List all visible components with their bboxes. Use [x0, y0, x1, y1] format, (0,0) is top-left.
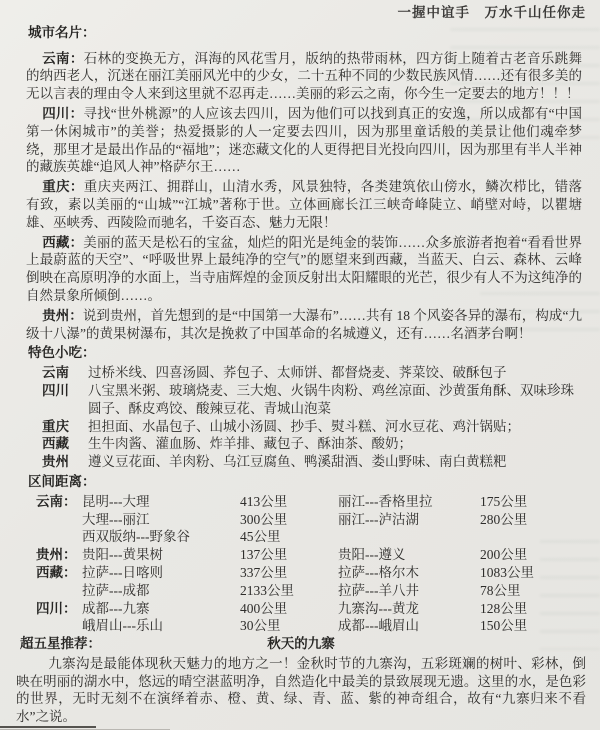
scanned-document-page: 一握中谊手 万水千山任你走 城市名片： 云南：石林的变换无方，洱海的风花雪月，版…: [0, 0, 600, 730]
distance-value: 175公里: [480, 493, 590, 511]
distance-route: 成都---峨眉山: [338, 617, 480, 635]
distance-route: 贵阳---遵义: [338, 546, 480, 564]
distance-row: 西藏： 拉萨---日喀则 337公里 拉萨---格尔木 1083公里: [36, 564, 590, 582]
distance-route: 拉萨---格尔木: [338, 564, 480, 582]
distance-value: [480, 528, 590, 546]
city-text-tibet: 美丽的蓝天是松石的宝盆，灿烂的阳光是纯金的装饰……众多旅游者抱着“看看世界上最蔚…: [26, 235, 582, 303]
distance-value: 413公里: [240, 493, 338, 511]
scan-edge-mark: [0, 726, 96, 728]
recommendation-body: 九寨沟是最能体现秋天魅力的地方之一！金秋时节的九寨沟，五彩斑斓的树叶、彩林，倒映…: [16, 655, 586, 726]
distance-value: 150公里: [480, 617, 590, 635]
distance-route: 丽江---香格里拉: [338, 493, 480, 511]
distance-group-label: [36, 617, 82, 635]
city-text-yunnan: 石林的变换无方，洱海的风花雪月，版纳的热带雨林，四方街上随着古老音乐跳舞的纳西老…: [26, 51, 582, 102]
distance-row: 贵州： 贵阳---黄果树 137公里 贵阳---遵义 200公里: [36, 546, 590, 564]
snack-row-tibet: 西藏 生牛肉酱、灌血肠、炸羊排、藏包子、酥油茶、酸奶；: [42, 435, 582, 453]
snack-region-yunnan: 云南: [42, 364, 74, 382]
distance-route: 贵阳---黄果树: [82, 546, 240, 564]
city-paragraph-chongqing: 重庆：重庆夹两江、拥群山，山清水秀，风景独特，各类建筑依山傍水，鳞次栉比，错落有…: [26, 178, 582, 231]
distance-value: 2133公里: [240, 582, 338, 600]
distance-route: 拉萨---成都: [82, 582, 240, 600]
snack-region-chongqing: 重庆: [42, 418, 74, 436]
distance-value: 128公里: [480, 600, 590, 618]
city-paragraph-sichuan: 四川：寻找“世外桃源”的人应该去四川，因为他们可以找到真正的安逸，所以成都有“中…: [26, 105, 582, 176]
distance-group-label: 贵州：: [36, 546, 82, 564]
section-heading-city-cards: 城市名片：: [28, 24, 582, 42]
distance-value: 200公里: [480, 546, 590, 564]
city-paragraph-tibet: 西藏：美丽的蓝天是松石的宝盆，灿烂的阳光是纯金的装饰……众多旅游者抱着“看看世界…: [26, 234, 582, 305]
recommendation-title: 秋天的九寨: [20, 635, 582, 653]
distance-route: 丽江---泸沽湖: [338, 511, 480, 529]
section-heading-snacks: 特色小吃：: [28, 344, 582, 362]
snack-foods-chongqing: 担担面、水晶包子、山城小汤圆、抄手、熨斗糕、河水豆花、鸡汁锅贴；: [88, 418, 582, 436]
city-label-guizhou: 贵州：: [42, 308, 83, 323]
snack-row-guizhou: 贵州 遵义豆花面、羊肉粉、乌江豆腐鱼、鸭溪甜酒、娄山野味、南白黄糕粑: [42, 453, 582, 471]
section-heading-distances: 区间距离：: [28, 473, 582, 491]
city-label-sichuan: 四川：: [42, 106, 83, 121]
snack-foods-guizhou: 遵义豆花面、羊肉粉、乌江豆腐鱼、鸭溪甜酒、娄山野味、南白黄糕粑: [88, 453, 582, 471]
distance-value: 280公里: [480, 511, 590, 529]
city-label-tibet: 西藏：: [42, 235, 83, 250]
city-label-yunnan: 云南：: [42, 51, 84, 66]
snack-row-chongqing: 重庆 担担面、水晶包子、山城小汤圆、抄手、熨斗糕、河水豆花、鸡汁锅贴；: [42, 418, 582, 436]
city-label-chongqing: 重庆：: [42, 179, 84, 194]
distance-value: 337公里: [240, 564, 338, 582]
distance-value: 137公里: [240, 546, 338, 564]
recommendation-line: 超五星推荐： 秋天的九寨: [20, 635, 582, 653]
distance-route: 峨眉山---乐山: [82, 617, 240, 635]
city-paragraph-yunnan: 云南：石林的变换无方，洱海的风花雪月，版纳的热带雨林，四方街上随着古老音乐跳舞的…: [26, 50, 582, 103]
snack-region-guizhou: 贵州: [42, 453, 74, 471]
distance-route: 成都---九寨: [82, 600, 240, 618]
snack-foods-sichuan: 八宝黑米粥、玻璃烧麦、三大炮、火锅牛肉粉、鸡丝凉面、沙黄蛋角酥、双味珍珠圆子、酥…: [88, 382, 582, 418]
distance-group-label: 云南：: [36, 493, 82, 511]
distance-route: [338, 528, 480, 546]
distance-value: 400公里: [240, 600, 338, 618]
distance-route: 九寨沟---黄龙: [338, 600, 480, 618]
distance-group-label: 西藏：: [36, 564, 82, 582]
distance-row: 云南： 昆明---大理 413公里 丽江---香格里拉 175公里: [36, 493, 590, 511]
distance-group-label: 四川：: [36, 600, 82, 618]
distance-group-label: [36, 511, 82, 529]
distance-route: 西双版纳---野象谷: [82, 528, 240, 546]
distance-group-label: [36, 528, 82, 546]
header-slogan: 一握中谊手 万水千山任你走: [0, 4, 600, 22]
snack-region-sichuan: 四川: [42, 382, 74, 418]
snack-region-tibet: 西藏: [42, 435, 74, 453]
city-text-chongqing: 重庆夹两江、拥群山，山清水秀，风景独特，各类建筑依山傍水，鳞次栉比，错落有致，素…: [26, 179, 582, 230]
distance-value: 1083公里: [480, 564, 590, 582]
distance-route: 大理---丽江: [82, 511, 240, 529]
distance-value: 78公里: [480, 582, 590, 600]
snack-foods-tibet: 生牛肉酱、灌血肠、炸羊排、藏包子、酥油茶、酸奶；: [88, 435, 582, 453]
distance-row: 大理---丽江 300公里 丽江---泸沽湖 280公里: [36, 511, 590, 529]
distance-table: 云南： 昆明---大理 413公里 丽江---香格里拉 175公里 大理---丽…: [36, 493, 590, 635]
snack-row-sichuan: 四川 八宝黑米粥、玻璃烧麦、三大炮、火锅牛肉粉、鸡丝凉面、沙黄蛋角酥、双味珍珠圆…: [42, 382, 582, 418]
distance-row: 峨眉山---乐山 30公里 成都---峨眉山 150公里: [36, 617, 590, 635]
distance-row: 拉萨---成都 2133公里 拉萨---羊八井 78公里: [36, 582, 590, 600]
distance-route: 昆明---大理: [82, 493, 240, 511]
distance-row: 西双版纳---野象谷 45公里: [36, 528, 590, 546]
city-paragraph-guizhou: 贵州：说到贵州，首先想到的是“中国第一大瀑布”……共有 18 个风姿各异的瀑布，…: [26, 307, 582, 343]
city-text-sichuan: 寻找“世外桃源”的人应该去四川，因为他们可以找到真正的安逸，所以成都有“中国第一…: [26, 106, 582, 174]
distance-route: 拉萨---羊八井: [338, 582, 480, 600]
distance-group-label: [36, 582, 82, 600]
snack-foods-yunnan: 过桥米线、四喜汤圆、荞包子、太师饼、都督烧麦、荠菜饺、破酥包子: [88, 364, 582, 382]
distance-value: 300公里: [240, 511, 338, 529]
city-text-guizhou: 说到贵州，首先想到的是“中国第一大瀑布”……共有 18 个风姿各异的瀑布，构成“…: [26, 308, 582, 341]
distance-route: 拉萨---日喀则: [82, 564, 240, 582]
distance-value: 45公里: [240, 528, 338, 546]
distance-row: 四川： 成都---九寨 400公里 九寨沟---黄龙 128公里: [36, 600, 590, 618]
distance-value: 30公里: [240, 617, 338, 635]
snack-row-yunnan: 云南 过桥米线、四喜汤圆、荞包子、太师饼、都督烧麦、荠菜饺、破酥包子: [42, 364, 582, 382]
